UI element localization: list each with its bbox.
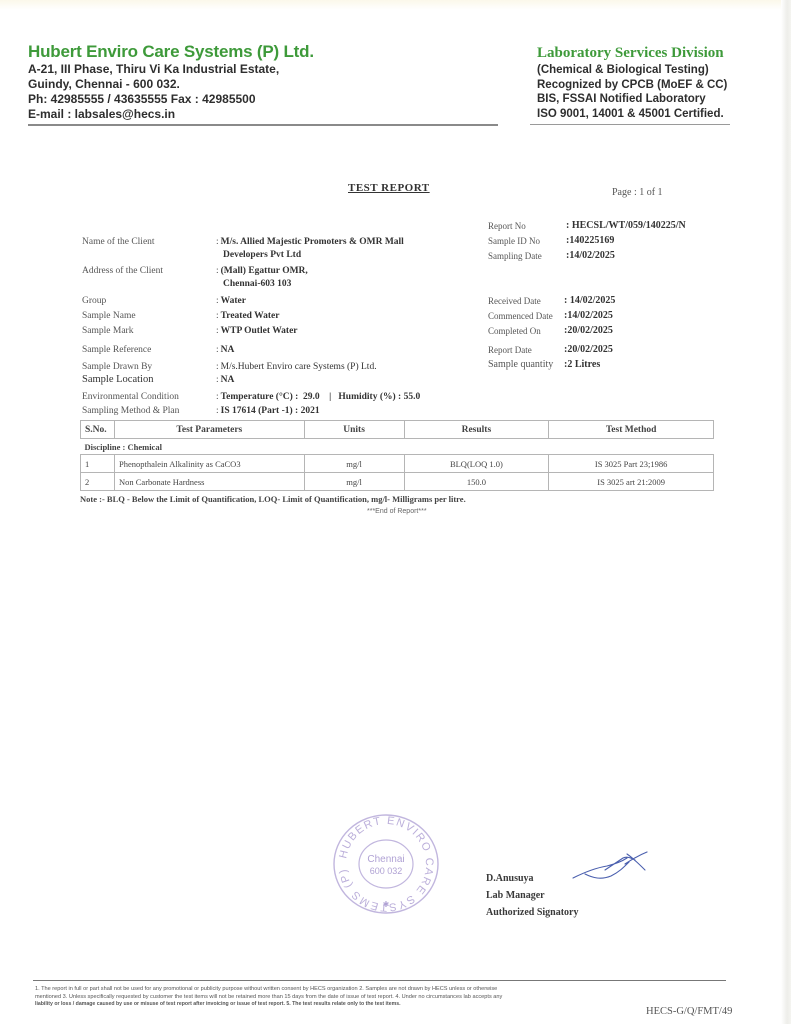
field-value-wrap: :NA (216, 344, 234, 356)
field-value: Water (221, 296, 246, 306)
meta-value: 14/02/2025 (569, 250, 615, 261)
table-header-row: S.No. Test Parameters Units Results Test… (81, 421, 714, 439)
cell-unit: mg/l (304, 473, 404, 491)
footer-line: 1. The report in full or part shall not … (35, 986, 727, 994)
results-table: S.No. Test Parameters Units Results Test… (80, 420, 714, 491)
letterhead-division-block: Laboratory Services Division (Chemical &… (537, 44, 727, 121)
scan-page-edge (781, 0, 791, 1024)
meta-label: Report Date (488, 344, 532, 356)
field-value: M/s.Hubert Enviro care Systems (P) Ltd. (221, 362, 377, 372)
signatory-title: Authorized Signatory (486, 904, 579, 921)
discipline-row: Discipline : Chemical (81, 439, 714, 455)
meta-value-wrap: :20/02/2025 (564, 325, 613, 337)
field-group: Group :Water (82, 295, 482, 307)
meta-label: Sample quantity (488, 359, 553, 371)
field-value-wrap: :WTP Outlet Water (216, 325, 298, 337)
discipline-label: Discipline : Chemical (81, 439, 714, 455)
signatory-role: Lab Manager (486, 887, 579, 904)
meta-label: Sampling Date (488, 250, 542, 262)
field-label: Sampling Method & Plan (82, 405, 179, 417)
meta-completed-on: Completed On :20/02/2025 (488, 325, 728, 337)
meta-value-wrap: :14/02/2025 (564, 310, 613, 322)
meta-sampling-date: Sampling Date :14/02/2025 (488, 250, 728, 262)
field-value: M/s. Allied Majestic Promoters & OMR Mal… (221, 237, 404, 247)
address-line-1: A-21, III Phase, Thiru Vi Ka Industrial … (28, 62, 314, 77)
meta-value-wrap: : 14/02/2025 (564, 295, 615, 307)
company-name: Hubert Enviro Care Systems (P) Ltd. (28, 42, 314, 62)
meta-commenced-date: Commenced Date :14/02/2025 (488, 310, 728, 322)
field-value-wrap: :IS 17614 (Part -1) : 2021 (216, 405, 320, 417)
field-sample-drawn-by: Sample Drawn By :M/s.Hubert Enviro care … (82, 361, 482, 373)
meta-label: Report No (488, 220, 526, 232)
meta-value: 14/02/2025 (567, 310, 613, 321)
field-value: NA (221, 345, 235, 355)
cell-method: IS 3025 Part 23;1986 (549, 455, 714, 473)
meta-label: Completed On (488, 325, 541, 337)
svg-text:✱: ✱ (383, 900, 390, 909)
letterhead-divider (28, 124, 498, 126)
field-value-wrap: :Treated Water (216, 310, 279, 322)
meta-sample-quantity: Sample quantity :2 Litres (488, 359, 728, 371)
field-value: NA (221, 375, 235, 385)
division-name: Laboratory Services Division (537, 44, 727, 62)
field-label: Environmental Condition (82, 391, 179, 403)
division-line: BIS, FSSAI Notified Laboratory (537, 92, 727, 107)
division-line: (Chemical & Biological Testing) (537, 63, 727, 78)
field-label: Name of the Client (82, 236, 155, 248)
meta-value: 14/02/2025 (570, 295, 616, 306)
footer-divider (33, 980, 726, 981)
form-code: HECS-G/Q/FMT/49 (646, 1006, 732, 1017)
division-line: Recognized by CPCB (MoEF & CC) (537, 78, 727, 93)
scan-top-tint (0, 0, 791, 10)
meta-sample-id: Sample ID No :140225169 (488, 235, 728, 247)
meta-report-date: Report Date :20/02/2025 (488, 344, 728, 356)
field-label: Sample Location (82, 374, 153, 386)
field-label: Group (82, 295, 106, 307)
meta-value-wrap: :2 Litres (564, 359, 600, 371)
field-value-wrap: :M/s.Hubert Enviro care Systems (P) Ltd. (216, 361, 377, 373)
meta-value: HECSL/WT/059/140225/N (572, 220, 686, 231)
letterhead-divider (530, 124, 730, 125)
footer-terms: 1. The report in full or part shall not … (35, 986, 727, 1009)
table-row: 1 Phenopthalein Alkalinity as CaCO3 mg/l… (81, 455, 714, 473)
field-value: Treated Water (221, 311, 280, 321)
footer-line: mentioned 3. Unless specifically request… (35, 994, 727, 1002)
field-client-address: Address of the Client :(Mall) Egattur OM… (82, 265, 482, 289)
field-label: Sample Drawn By (82, 361, 152, 373)
field-value-wrap: :M/s. Allied Majestic Promoters & OMR Ma… (216, 236, 404, 248)
field-sample-name: Sample Name :Treated Water (82, 310, 482, 322)
field-value: (Mall) Egattur OMR, (221, 266, 308, 276)
footer-line: liability or loss / damage caused by use… (35, 1001, 727, 1009)
company-seal-stamp-icon: HUBERT ENVIRO CARE SYSTEMS (P) LTD. Chen… (330, 812, 442, 916)
meta-value-wrap: :20/02/2025 (564, 344, 613, 356)
field-value-wrap: :(Mall) Egattur OMR, (216, 265, 308, 277)
header-test-parameters: Test Parameters (114, 421, 304, 439)
end-of-report: ***End of Report*** (367, 508, 427, 515)
field-environmental-condition: Environmental Condition :Temperature (°C… (82, 391, 532, 403)
phone-line: Ph: 42985555 / 43635555 Fax : 42985500 (28, 92, 314, 107)
field-value: Chennai-603 103 (223, 278, 291, 290)
cell-sno: 2 (81, 473, 115, 491)
cell-unit: mg/l (304, 455, 404, 473)
stamp-center-line-1: Chennai (367, 854, 404, 865)
field-value-wrap: :NA (216, 374, 234, 386)
signature-icon (565, 848, 655, 888)
cell-result: 150.0 (404, 473, 549, 491)
field-sample-location: Sample Location :NA (82, 374, 482, 386)
cell-result: BLQ(LOQ 1.0) (404, 455, 549, 473)
meta-value-wrap: :14/02/2025 (566, 250, 615, 262)
field-sample-mark: Sample Mark :WTP Outlet Water (82, 325, 482, 337)
meta-label: Sample ID No (488, 235, 540, 247)
email-line: E-mail : labsales@hecs.in (28, 107, 314, 122)
cell-parameter: Phenopthalein Alkalinity as CaCO3 (114, 455, 304, 473)
letterhead-company-block: Hubert Enviro Care Systems (P) Ltd. A-21… (28, 42, 314, 122)
field-label: Sample Mark (82, 325, 133, 337)
table-row: 2 Non Carbonate Hardness mg/l 150.0 IS 3… (81, 473, 714, 491)
field-value: IS 17614 (Part -1) : 2021 (221, 406, 320, 416)
meta-label: Received Date (488, 295, 541, 307)
meta-value: 2 Litres (567, 359, 600, 370)
field-label: Sample Reference (82, 344, 151, 356)
page-number: Page : 1 of 1 (612, 187, 663, 198)
cell-sno: 1 (81, 455, 115, 473)
field-value-wrap: :Water (216, 295, 246, 307)
field-value: Developers Pvt Ltd (223, 249, 301, 261)
field-sampling-method: Sampling Method & Plan :IS 17614 (Part -… (82, 405, 532, 417)
header-test-method: Test Method (549, 421, 714, 439)
meta-value-wrap: :140225169 (566, 235, 614, 247)
division-line: ISO 9001, 14001 & 45001 Certified. (537, 107, 727, 122)
meta-value-wrap: : HECSL/WT/059/140225/N (566, 220, 686, 232)
stamp-center-line-2: 600 032 (370, 866, 403, 876)
meta-label: Commenced Date (488, 310, 553, 322)
meta-value: 140225169 (569, 235, 614, 246)
report-title: TEST REPORT (348, 182, 430, 194)
cell-parameter: Non Carbonate Hardness (114, 473, 304, 491)
header-sno: S.No. (81, 421, 115, 439)
meta-value: 20/02/2025 (567, 325, 613, 336)
field-sample-reference: Sample Reference :NA (82, 344, 482, 356)
abbreviation-note: Note :- BLQ - Below the Limit of Quantif… (80, 494, 466, 504)
field-value: Temperature (°C) : 29.0 | Humidity (%) :… (221, 392, 421, 402)
signatory-block: D.Anusuya Lab Manager Authorized Signato… (486, 870, 579, 921)
field-label: Address of the Client (82, 265, 163, 277)
field-value: WTP Outlet Water (221, 326, 298, 336)
meta-received-date: Received Date : 14/02/2025 (488, 295, 728, 307)
cell-method: IS 3025 art 21:2009 (549, 473, 714, 491)
signatory-name: D.Anusuya (486, 870, 579, 887)
meta-value: 20/02/2025 (567, 344, 613, 355)
header-results: Results (404, 421, 549, 439)
field-value-wrap: :Temperature (°C) : 29.0 | Humidity (%) … (216, 391, 420, 403)
field-label: Sample Name (82, 310, 136, 322)
header-units: Units (304, 421, 404, 439)
address-line-2: Guindy, Chennai - 600 032. (28, 77, 314, 92)
field-client-name: Name of the Client :M/s. Allied Majestic… (82, 236, 482, 260)
meta-report-no: Report No : HECSL/WT/059/140225/N (488, 220, 728, 232)
